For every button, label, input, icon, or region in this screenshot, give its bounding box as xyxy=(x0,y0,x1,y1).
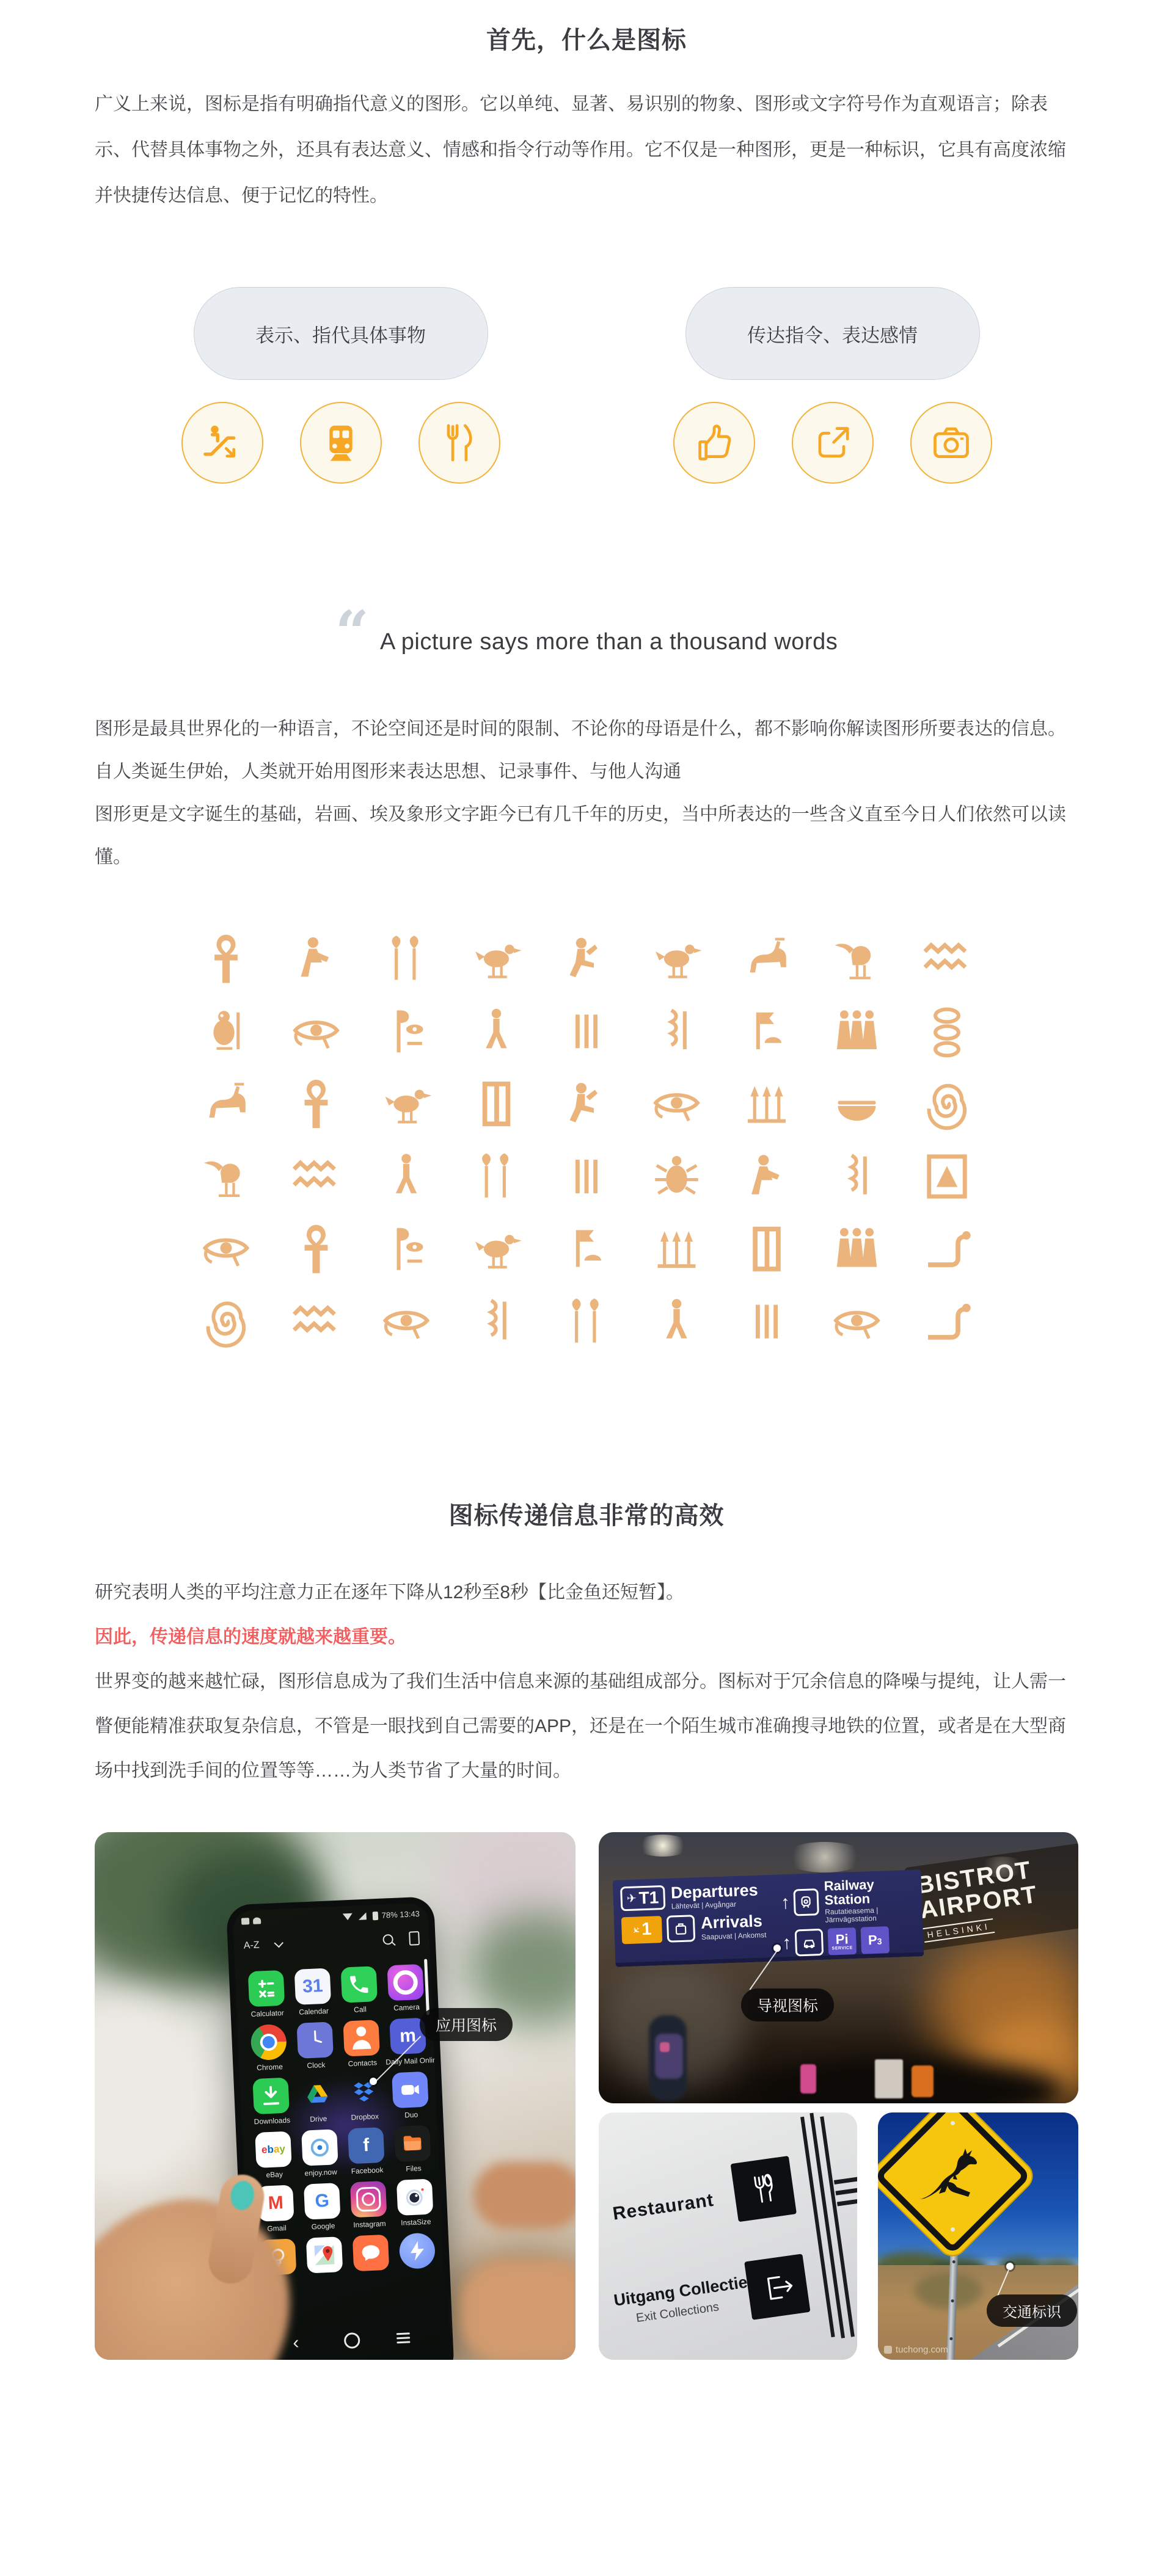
divider-bar xyxy=(835,2187,857,2195)
baggage-icon xyxy=(667,1915,696,1943)
function-groups: 表示、指代具体事物 xyxy=(95,287,1078,484)
menu-icon xyxy=(396,2330,411,2346)
app-contacts: Contacts xyxy=(337,2020,386,2068)
app-camera: Camera xyxy=(381,1963,429,2012)
callout-dot xyxy=(1006,2263,1014,2270)
app-label: Dropbox xyxy=(342,2112,389,2122)
battery-percent: 78% xyxy=(381,1910,398,1920)
app-bolt xyxy=(393,2232,442,2281)
bubble-app-icon xyxy=(353,2235,389,2271)
device-icon xyxy=(409,1931,420,1946)
person-app-icon xyxy=(343,2020,379,2056)
departures-sublabel: Lähtevät | Avgångar xyxy=(671,1900,759,1911)
pink-suitcase xyxy=(800,2064,816,2094)
app-dropbox: Dropbox xyxy=(340,2073,388,2122)
bg-blur xyxy=(95,1997,211,2192)
callout-traffic: 交通标识 xyxy=(987,2294,1077,2327)
efficiency-paragraph-1: 研究表明人类的平均注意力正在逐年下降从12秒至8秒【比金鱼还短暂】。 xyxy=(95,1570,1078,1615)
restaurant-icon xyxy=(418,402,500,484)
plane-icon: ✈ xyxy=(626,1891,637,1906)
exit-sign-icon xyxy=(744,2254,810,2319)
arrivals-badge: ✈ 1 xyxy=(621,1916,662,1944)
divider-bar xyxy=(837,2198,857,2206)
signage-uitgang-label: Uitgang Collectie xyxy=(613,2272,749,2310)
calc-app-icon xyxy=(248,1970,285,2007)
history-paragraph-2: 自人类诞生伊始，人类就开始用图形来表达思想、记录事件、与他人沟通 xyxy=(95,751,1078,793)
kangaroo-icon xyxy=(916,2139,989,2213)
taxi-sign-icon xyxy=(795,1929,824,1957)
app-bubble xyxy=(347,2234,395,2283)
pin-app-icon xyxy=(306,2236,343,2273)
parking-service-badge: Pi SERVICE xyxy=(828,1927,857,1956)
app-label: Google xyxy=(300,2221,347,2232)
bistrot-subtitle: HELSINKI xyxy=(923,1918,995,1943)
back-icon: ‹ xyxy=(293,2332,299,2353)
app-instagram: Instagram xyxy=(345,2180,393,2229)
photo-traffic-sign: 交通标识 tuchong.com xyxy=(878,2112,1078,2360)
app-label: Facebook xyxy=(344,2165,391,2175)
app-label: Files xyxy=(390,2163,437,2174)
watermark-logo xyxy=(884,2346,892,2354)
app-label: Calculator xyxy=(244,2008,291,2018)
callout-app-icons: 应用图标 xyxy=(420,2008,513,2041)
wifi-icon xyxy=(343,1913,353,1921)
app-label xyxy=(302,2275,349,2285)
video-app-icon xyxy=(392,2072,428,2108)
chrome-app-icon xyxy=(250,2024,287,2061)
departures-label: Departures xyxy=(671,1882,758,1902)
ebay-app-icon: ebay xyxy=(255,2131,291,2168)
sign-screw xyxy=(951,2121,955,2125)
cutlery-sign-icon xyxy=(731,2156,797,2222)
terminal-badge: ✈ T1 xyxy=(620,1885,665,1912)
app-call: Call xyxy=(335,1966,384,2015)
nail-polish xyxy=(228,2179,257,2212)
watermark: tuchong.com xyxy=(884,2345,948,2355)
quote-block: “A picture says more than a thousand wor… xyxy=(95,629,1078,655)
app-label: enjoy.now xyxy=(298,2167,345,2178)
divider-bar xyxy=(834,2177,857,2185)
plane-landing-icon: ✈ xyxy=(629,1924,643,1937)
camera-icon xyxy=(910,402,992,484)
bolt-app-icon xyxy=(399,2232,436,2269)
app-facebook: fFacebook xyxy=(342,2127,390,2176)
article-page: 首先，什么是图标 广义上来说，图标是指有明确指代意义的图形。它以单纯、显著、易识… xyxy=(0,21,1173,2403)
home-icon xyxy=(344,2332,360,2349)
quote-mark-icon: “ xyxy=(335,598,369,667)
app-calendar: 31Calendar xyxy=(289,1968,337,2017)
insta-app-icon xyxy=(350,2181,387,2218)
ceiling-light xyxy=(635,1835,690,1857)
app-google: GGoogle xyxy=(298,2183,346,2232)
app-label: Contacts xyxy=(339,2058,386,2068)
efficiency-paragraph-2: 世界变的越来越忙碌，图形信息成为了我们生活中信息来源的基础组成部分。图标对于冗余… xyxy=(95,1659,1078,1793)
hand-fingers xyxy=(461,2260,576,2360)
signal-icon xyxy=(358,1912,367,1920)
backpack-detail xyxy=(660,2042,670,2052)
app-drive: Drive xyxy=(293,2075,342,2124)
app-pin xyxy=(301,2236,349,2285)
page-title: 首先，什么是图标 xyxy=(0,21,1173,56)
chevron-down-icon xyxy=(274,1938,283,1948)
app-instasize: InstaSize xyxy=(391,2178,439,2227)
app-enjoy-now: enjoy.now xyxy=(296,2129,344,2178)
app-label: Camera xyxy=(383,2002,430,2012)
history-paragraph-3: 图形更是文字诞生的基础，岩画、埃及象形文字距今已有几千年的历史，当中所表达的一些… xyxy=(95,793,1078,879)
example-gallery: 78% 13:43 A-Z Calculator31CalendarCallCa… xyxy=(95,1832,1078,2360)
function-group-convey: 传达指令、表达感情 xyxy=(586,287,1078,484)
ceiling-light xyxy=(782,1842,868,1872)
text-app-icon: G xyxy=(304,2183,340,2219)
notification-icon xyxy=(241,1918,249,1925)
gallery-right-column: ✈ T1 Departures Lähtevät | Avgångar ✈ xyxy=(599,1832,1078,2360)
app-label xyxy=(395,2271,442,2281)
function-group-represent: 表示、指代具体事物 xyxy=(95,287,586,484)
thumbs-up-icon xyxy=(673,402,755,484)
p3-number: 3 xyxy=(877,1937,882,1946)
orange-suitcase xyxy=(912,2065,934,2097)
pi-label: Pi xyxy=(835,1932,849,1946)
text-app-icon: f xyxy=(348,2127,384,2164)
app-label: Downloads xyxy=(249,2116,296,2126)
app-label: Calendar xyxy=(290,2006,337,2017)
app-label: InstaSize xyxy=(393,2217,440,2227)
callout-wayfinding: 导视图标 xyxy=(741,1988,834,2021)
app-grid: Calculator31CalendarCallCameraChromeCloc… xyxy=(243,1964,437,2287)
photo-app-icons: 78% 13:43 A-Z Calculator31CalendarCallCa… xyxy=(95,1832,576,2360)
app-clock: Clock xyxy=(291,2021,339,2070)
history-paragraph-1: 图形是最具世界化的一种语言，不论空间还是时间的限制、不论你的母语是什么，都不影响… xyxy=(95,708,1078,751)
railway-label: Railway Station xyxy=(824,1876,917,1907)
train-sign-icon xyxy=(793,1888,819,1916)
photo-signage: Restaurant Uitgang Collectie Exit Collec… xyxy=(599,2112,857,2360)
gallery-bottom-row: Restaurant Uitgang Collectie Exit Collec… xyxy=(599,2112,1078,2360)
gate-number: 1 xyxy=(641,1919,652,1940)
notification-icon xyxy=(253,1917,261,1924)
escalator-icon xyxy=(181,402,263,484)
pi-sublabel: SERVICE xyxy=(832,1946,853,1951)
app-ebay: ebayeBay xyxy=(249,2131,298,2180)
battery-icon xyxy=(372,1911,378,1919)
up-arrow-icon: ↑ xyxy=(780,1892,790,1913)
section-title-efficiency: 图标传递信息非常的高效 xyxy=(0,1496,1173,1531)
folder-app-icon xyxy=(394,2125,431,2162)
hieroglyph-grid xyxy=(200,933,973,1348)
arrivals-sublabel: Saapuvat | Ankomst xyxy=(701,1931,767,1941)
lens-app-icon xyxy=(396,2179,433,2216)
app-label: Chrome xyxy=(246,2062,293,2072)
app-files: Files xyxy=(389,2125,437,2174)
intro-paragraph: 广义上来说，图标是指有明确指代意义的图形。它以单纯、显著、易识别的物象、图形或文… xyxy=(95,81,1078,219)
app-calculator: Calculator xyxy=(243,1970,291,2018)
phone-app-icon xyxy=(341,1966,378,2003)
clock-time: 13:43 xyxy=(400,1909,420,1919)
clock-app-icon xyxy=(296,2021,333,2058)
bistrot-title: BISTROT AIRPORT xyxy=(915,1847,1078,1923)
app-label: eBay xyxy=(251,2169,298,2180)
pill-convey: 传达指令、表达感情 xyxy=(685,287,980,380)
efficiency-highlight: 因此，传递信息的速度就越来越重要。 xyxy=(95,1615,1078,1659)
app-label: Call xyxy=(337,2004,384,2015)
app-label: Clock xyxy=(293,2060,340,2070)
bistrot-signboard: BISTROT AIRPORT HELSINKI xyxy=(904,1839,1078,1951)
phone-status-bar: 78% 13:43 xyxy=(241,1909,420,1926)
train-icon xyxy=(300,402,382,484)
app-downloads: Downloads xyxy=(247,2077,295,2126)
enjoy-app-icon xyxy=(301,2129,338,2166)
app-duo: Duo xyxy=(386,2071,434,2120)
p3-label: P xyxy=(868,1932,878,1948)
hieroglyphics-figure xyxy=(200,933,973,1351)
photo-wayfinding: ✈ T1 Departures Lähtevät | Avgångar ✈ xyxy=(599,1832,1078,2103)
app-chrome: Chrome xyxy=(245,2023,293,2072)
app-label: Drive xyxy=(295,2114,342,2124)
pill-represent: 表示、指代具体事物 xyxy=(194,287,488,380)
app-label xyxy=(349,2272,396,2283)
ring-app-icon xyxy=(387,1964,423,2001)
app-sort-row: A-Z xyxy=(243,1931,420,1953)
up-arrow-icon: ↑ xyxy=(782,1933,792,1954)
airport-sign: ✈ T1 Departures Lähtevät | Avgångar ✈ xyxy=(613,1869,924,1967)
drive-app-icon xyxy=(299,2075,335,2112)
backpack xyxy=(655,2034,683,2079)
share-icon xyxy=(792,402,874,484)
menu-board xyxy=(875,2059,903,2098)
sort-label: A-Z xyxy=(243,1940,260,1951)
parking-p3-badge: P3 xyxy=(861,1927,890,1955)
app-label: Instagram xyxy=(346,2219,393,2229)
kangaroo-sign xyxy=(878,2112,1039,2262)
search-icon xyxy=(382,1934,393,1945)
sign-screw xyxy=(951,2227,955,2232)
signage-restaurant-label: Restaurant xyxy=(612,2190,715,2225)
down-app-icon xyxy=(252,2078,289,2114)
arrivals-label: Arrivals xyxy=(701,1913,766,1932)
hand-fingers xyxy=(473,2162,576,2229)
text-app-icon: 31 xyxy=(294,1968,331,2004)
railway-sublabel: Rautatieasema | Järnvägsstation xyxy=(825,1905,918,1924)
app-label: Duo xyxy=(388,2109,435,2120)
quote-text: A picture says more than a thousand word… xyxy=(380,629,838,655)
terminal-label: T1 xyxy=(638,1888,659,1908)
